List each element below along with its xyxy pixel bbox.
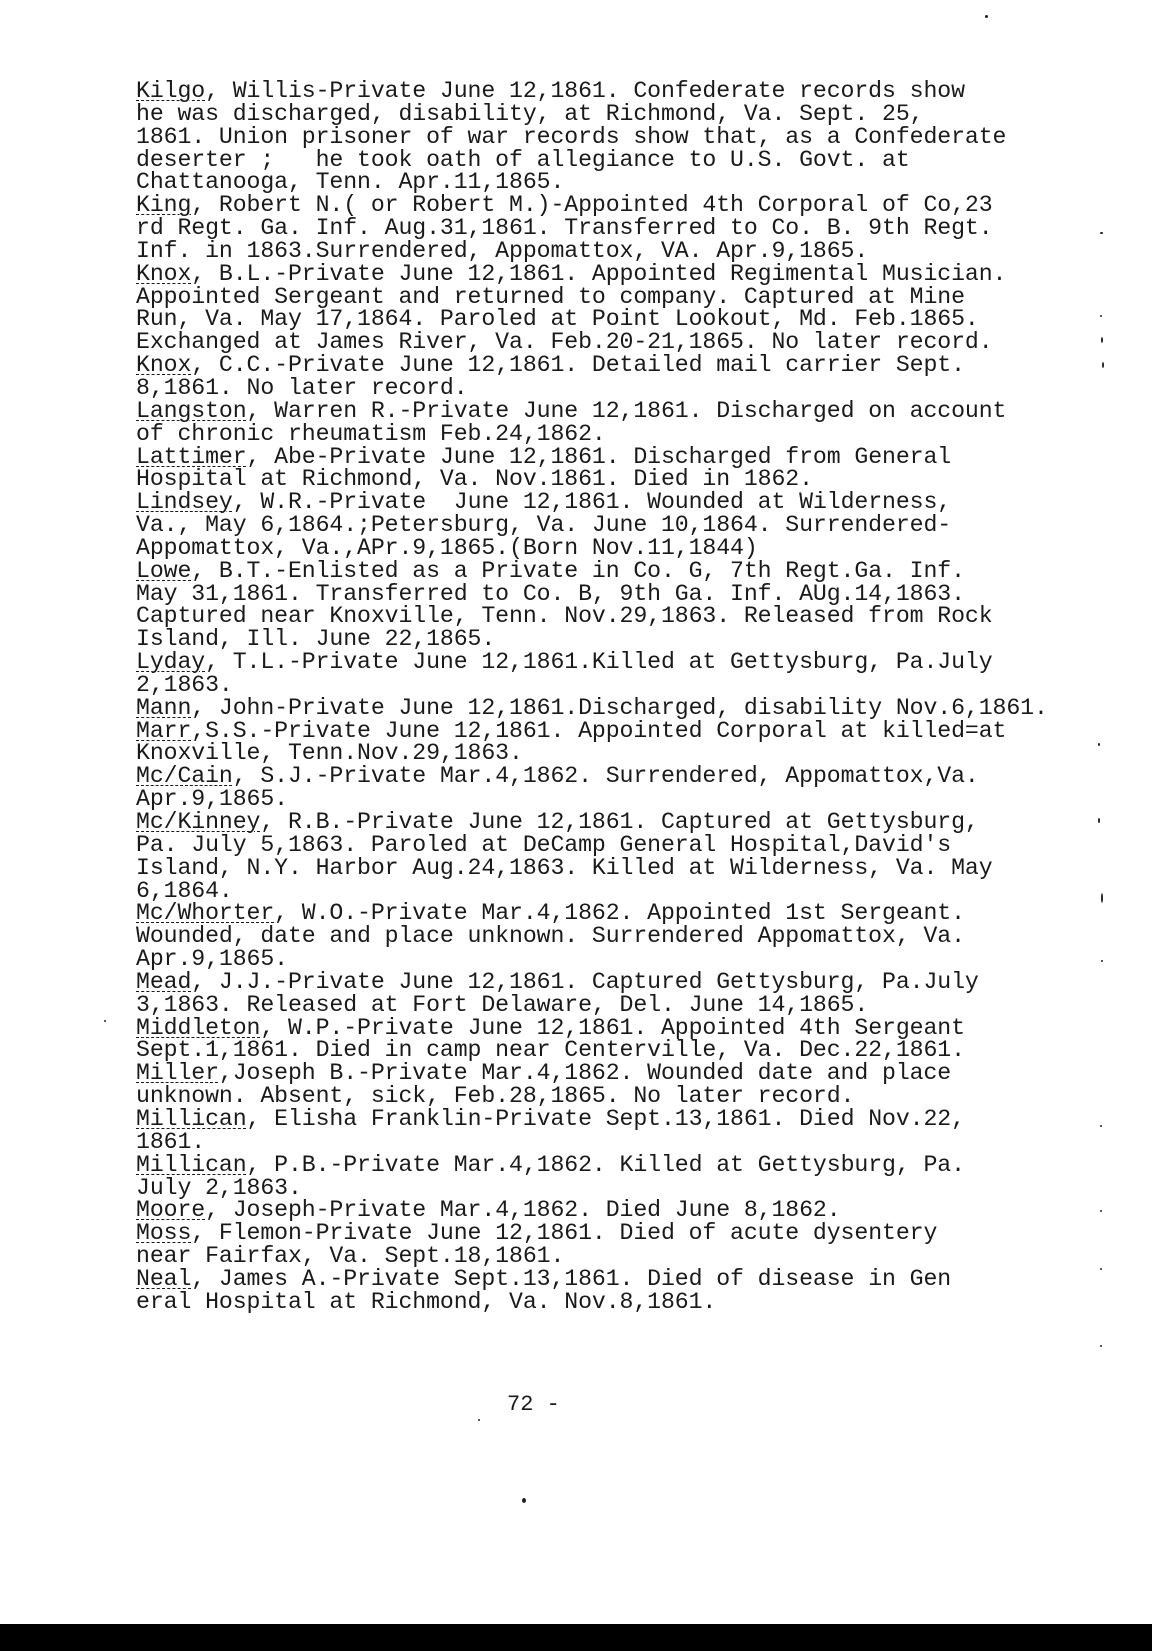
entry-first-line: Moss, Flemon-Private June 12,1861. Died … (136, 1222, 1136, 1245)
entry-continuation-line: July 2,1863. (136, 1177, 1136, 1200)
entry-continuation-line: Island, Ill. June 22,1865. (136, 628, 1136, 651)
entry-first-line: Kilgo, Willis-Private June 12,1861. Conf… (136, 80, 1136, 103)
entry-continuation-line: he was discharged, disability, at Richmo… (136, 103, 1136, 126)
roster-entries: Kilgo, Willis-Private June 12,1861. Conf… (136, 80, 1136, 1314)
entry-continuation-line: Pa. July 5,1863. Paroled at DeCamp Gener… (136, 834, 1136, 857)
entry-first-line: Millican, Elisha Franklin-Private Sept.1… (136, 1108, 1136, 1131)
entry-first-line: Lowe, B.T.-Enlisted as a Private in Co. … (136, 560, 1136, 583)
entry-text: , T.L.-Private June 12,1861.Killed at Ge… (205, 649, 992, 675)
entry-continuation-line: Apr.9,1865. (136, 788, 1136, 811)
entry-continuation-line: Va., May 6,1864.;Petersburg, Va. June 10… (136, 514, 1136, 537)
entry-continuation-line: eral Hospital at Richmond, Va. Nov.8,186… (136, 1291, 1136, 1314)
entry-first-line: Mead, J.J.-Private June 12,1861. Capture… (136, 971, 1136, 994)
entry-continuation-line: Captured near Knoxville, Tenn. Nov.29,18… (136, 605, 1136, 628)
entry-continuation-line: Run, Va. May 17,1864. Paroled at Point L… (136, 308, 1136, 331)
entry-text: , Elisha Franklin-Private Sept.13,1861. … (247, 1106, 965, 1132)
entry-continuation-line: rd Regt. Ga. Inf. Aug.31,1861. Transferr… (136, 217, 1136, 240)
entry-first-line: Neal, James A.-Private Sept.13,1861. Die… (136, 1268, 1136, 1291)
entry-first-line: Lattimer, Abe-Private June 12,1861. Disc… (136, 446, 1136, 469)
scan-speck (1098, 818, 1100, 823)
entry-first-line: Lyday, T.L.-Private June 12,1861.Killed … (136, 651, 1136, 674)
entry-text: , P.B.-Private Mar.4,1862. Killed at Get… (247, 1152, 965, 1178)
entry-continuation-line: Appointed Sergeant and returned to compa… (136, 286, 1136, 309)
scan-speck (1100, 1125, 1102, 1127)
entry-continuation-line: near Fairfax, Va. Sept.18,1861. (136, 1245, 1136, 1268)
entry-continuation-line: Island, N.Y. Harbor Aug.24,1863. Killed … (136, 857, 1136, 880)
entry-continuation-line: 2,1863. (136, 674, 1136, 697)
entry-continuation-line: Inf. in 1863.Surrendered, Appomattox, VA… (136, 240, 1136, 263)
entry-continuation-line: 6,1864. (136, 880, 1136, 903)
entry-continuation-line: Hospital at Richmond, Va. Nov.1861. Died… (136, 468, 1136, 491)
entry-continuation-line: Sept.1,1861. Died in camp near Centervil… (136, 1039, 1136, 1062)
entry-first-line: Mann, John-Private June 12,1861.Discharg… (136, 697, 1136, 720)
entry-continuation-line: May 31,1861. Transferred to Co. B, 9th G… (136, 583, 1136, 606)
entry-continuation-line: Exchanged at James River, Va. Feb.20-21,… (136, 331, 1136, 354)
entry-first-line: Langston, Warren R.-Private June 12,1861… (136, 400, 1136, 423)
scan-speck (1102, 362, 1104, 368)
entry-first-line: Knox, B.L.-Private June 12,1861. Appoint… (136, 263, 1136, 286)
scan-speck (1100, 315, 1102, 317)
scan-speck (1098, 743, 1100, 746)
entry-first-line: Marr,S.S.-Private June 12,1861. Appointe… (136, 720, 1136, 743)
entry-first-line: Knox, C.C.-Private June 12,1861. Detaile… (136, 354, 1136, 377)
entry-text: , S.J.-Private Mar.4,1862. Surrendered, … (233, 763, 979, 789)
entry-continuation-line: of chronic rheumatism Feb.24,1862. (136, 423, 1136, 446)
entry-text: Island, N.Y. Harbor Aug.24,1863. Killed … (136, 855, 993, 881)
entry-text: eral Hospital at Richmond, Va. Nov.8,186… (136, 1289, 716, 1315)
entry-first-line: Lindsey, W.R.-Private June 12,1861. Woun… (136, 491, 1136, 514)
entry-continuation-line: Appomattox, Va.,APr.9,1865.(Born Nov.11,… (136, 537, 1136, 560)
entry-continuation-line: unknown. Absent, sick, Feb.28,1865. No l… (136, 1085, 1136, 1108)
scan-speck (522, 1498, 526, 1503)
entry-continuation-line: deserter ; he took oath of allegiance to… (136, 149, 1136, 172)
entry-first-line: Mc/Kinney, R.B.-Private June 12,1861. Ca… (136, 811, 1136, 834)
entry-continuation-line: 1861. (136, 1131, 1136, 1154)
scan-speck (1101, 960, 1103, 962)
entry-first-line: Mc/Cain, S.J.-Private Mar.4,1862. Surren… (136, 765, 1136, 788)
entry-continuation-line: Apr.9,1865. (136, 948, 1136, 971)
document-page: Kilgo, Willis-Private June 12,1861. Conf… (0, 0, 1152, 1651)
scan-speck (1101, 337, 1103, 343)
scan-speck (1100, 1268, 1102, 1270)
entry-continuation-line: Knoxville, Tenn.Nov.29,1863. (136, 742, 1136, 765)
scan-speck (104, 1020, 106, 1022)
scan-speck (985, 15, 988, 18)
entry-continuation-line: 3,1863. Released at Fort Delaware, Del. … (136, 994, 1136, 1017)
scan-speck (1100, 1345, 1102, 1347)
scan-speck (478, 1419, 480, 1421)
page-number: 72 - (507, 1392, 560, 1417)
entry-first-line: Mc/Whorter, W.O.-Private Mar.4,1862. App… (136, 902, 1136, 925)
entry-continuation-line: Wounded, date and place unknown. Surrend… (136, 925, 1136, 948)
entry-first-line: Miller,Joseph B.-Private Mar.4,1862. Wou… (136, 1062, 1136, 1085)
scan-speck (1100, 1210, 1102, 1212)
entry-continuation-line: 1861. Union prisoner of war records show… (136, 126, 1136, 149)
entry-continuation-line: 8,1861. No later record. (136, 377, 1136, 400)
scan-bottom-edge (0, 1624, 1152, 1651)
entry-continuation-line: Chattanooga, Tenn. Apr.11,1865. (136, 171, 1136, 194)
entry-first-line: King, Robert N.( or Robert M.)-Appointed… (136, 194, 1136, 217)
entry-first-line: Middleton, W.P.-Private June 12,1861. Ap… (136, 1017, 1136, 1040)
scan-speck (1100, 232, 1103, 234)
entry-first-line: Moore, Joseph-Private Mar.4,1862. Died J… (136, 1199, 1136, 1222)
scan-speck (1101, 893, 1103, 903)
entry-first-line: Millican, P.B.-Private Mar.4,1862. Kille… (136, 1154, 1136, 1177)
